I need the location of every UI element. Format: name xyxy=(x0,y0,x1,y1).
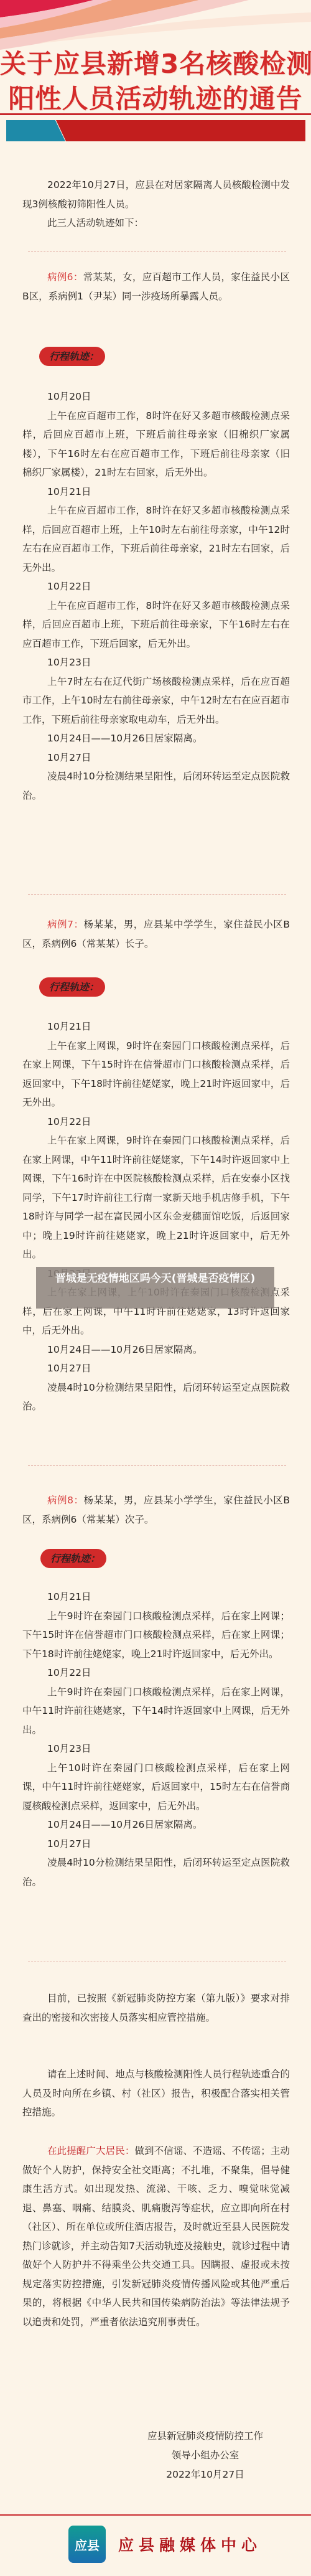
case-6-description: 病例6：常某某，女，应百超市工作人员，家住益民小区B区，系病例1（尹某）同一涉疫… xyxy=(22,268,290,306)
timeline-date: 10月21日 xyxy=(22,1587,290,1607)
timeline-date: 10月24日——10月26日居家隔离。 xyxy=(22,729,290,748)
intro-lead: 此三人活动轨迹如下： xyxy=(22,214,290,233)
header: 关于应县新增3名核酸检测 阳性人员活动轨迹的通告 xyxy=(0,0,311,118)
divider xyxy=(28,1465,286,1466)
header-banner xyxy=(6,120,305,141)
case-7-track-label: 行程轨迹： xyxy=(39,977,105,997)
timeline-date: 10月21日 xyxy=(22,1017,290,1037)
timeline-date: 10月23日 xyxy=(22,653,290,672)
intro-section: 2022年10月27日，应县在对居家隔离人员核酸检测中发现3例核酸初筛阳性人员。… xyxy=(22,176,290,233)
media-center-name: 应县融媒体中心 xyxy=(118,2533,262,2555)
case-8-timeline: 10月21日 上午9时许在秦园门口核酸检测点采样，后在家上网课；下午15时许在信… xyxy=(22,1587,290,1891)
closing-measures: 目前，已按照《新冠肺炎防控方案（第九版）》要求对排查出的密接和次密接人员落实相应… xyxy=(22,1989,290,2027)
signature-org-line1: 应县新冠肺炎疫情防控工作 xyxy=(124,2427,286,2446)
case-6-section: 病例6：常某某，女，应百超市工作人员，家住益民小区B区，系病例1（尹某）同一涉疫… xyxy=(22,268,290,306)
timeline-date: 10月24日——10月26日居家隔离。 xyxy=(22,1815,290,1835)
case-8-label: 病例8： xyxy=(47,1495,84,1506)
timeline-date: 10月23日 xyxy=(22,1739,290,1759)
case-7-label: 病例7： xyxy=(47,919,84,930)
case-6-track-label: 行程轨迹： xyxy=(39,347,105,366)
timeline-date: 10月20日 xyxy=(22,387,290,407)
closing-reminder: 在此提醒广大居民：做到不信谣、不造谣、不传谣；主动做好个人防护，保持安全社交距离… xyxy=(22,2141,290,2331)
media-center-logo: 应县 xyxy=(68,2526,106,2563)
timeline-date: 10月27日 xyxy=(22,748,290,768)
footer: 应县 应县融媒体中心 xyxy=(68,2526,262,2563)
page-title: 关于应县新增3名核酸检测 阳性人员活动轨迹的通告 xyxy=(0,47,311,116)
footer-rule xyxy=(0,2514,311,2516)
banner-blue-block xyxy=(6,120,65,141)
case-7-timeline: 10月21日 上午在家上网课，9时许在秦园门口核酸检测点采样，后在家上网课，下午… xyxy=(22,1017,290,1416)
timeline-text: 上午10时许在秦园门口核酸检测点采样，后在家上网课，中午11时许前往姥姥家，后返… xyxy=(22,1759,290,1816)
notice-page: 关于应县新增3名核酸检测 阳性人员活动轨迹的通告 2022年10月27日，应县在… xyxy=(0,0,311,2576)
timeline-text: 凌晨4时10分检测结果呈阳性，后闭环转运至定点医院救治。 xyxy=(22,1378,290,1416)
timeline-text: 上午7时左右在辽代街广场核酸检测点采样，后在应百超市工作，上午10时左右前往母亲… xyxy=(22,672,290,730)
case-7-description: 病例7：杨某某，男，应县某中学学生，家住益民小区B区，系病例6（常某某）长子。 xyxy=(22,915,290,953)
timeline-date: 10月27日 xyxy=(22,1835,290,1854)
report-paragraph: 请在上述时间、地点与核酸检测阳性人员行程轨迹重合的人员及时向所在乡镇、村（社区）… xyxy=(22,2065,290,2122)
timeline-text: 上午在家上网课，9时许在秦园门口核酸检测点采样，后在家上网课，下午15时许在信誉… xyxy=(22,1037,290,1112)
timeline-date: 10月24日——10月26日居家隔离。 xyxy=(22,1340,290,1360)
timeline-date: 10月27日 xyxy=(22,1359,290,1378)
timeline-text: 凌晨4时10分检测结果呈阳性，后闭环转运至定点医院救治。 xyxy=(22,767,290,805)
case-6-label: 病例6： xyxy=(47,271,83,283)
overlay-text: 晋城是无疫情地区吗今天(晋城是否疫情区) xyxy=(55,1272,256,1285)
divider xyxy=(28,1962,286,1962)
timeline-text: 上午9时许在秦园门口核酸检测点采样，后在家上网课，中午11时许前往姥姥家，下午1… xyxy=(22,1683,290,1740)
divider xyxy=(28,894,286,895)
signature: 应县新冠肺炎疫情防控工作 领导小组办公室 2022年10月27日 xyxy=(124,2427,286,2484)
case-6-timeline: 10月20日 上午在应百超市工作，8时许在好又多超市核酸检测点采样，后回应百超市… xyxy=(22,387,290,805)
case-8-section: 病例8：杨某某，男，应县某小学学生，家住益民小区B区，系病例6（常某某）次子。 xyxy=(22,1491,290,1529)
timeline-text: 上午在应百超市工作，8时许在好又多超市核酸检测点采样，后回应百超市上班，下班后前… xyxy=(22,596,290,654)
signature-org-line2: 领导小组办公室 xyxy=(124,2446,286,2465)
case-8-description: 病例8：杨某某，男，应县某小学学生，家住益民小区B区，系病例6（常某某）次子。 xyxy=(22,1491,290,1529)
track-badge: 行程轨迹： xyxy=(39,347,105,366)
case-8-track-label: 行程轨迹： xyxy=(40,1549,106,1568)
banner-red-block xyxy=(56,120,305,141)
timeline-text: 上午在应百超市工作，8时许在好又多超市核酸检测点采样，后回应百超市上班，下班后前… xyxy=(22,407,290,482)
timeline-date: 10月22日 xyxy=(22,1112,290,1132)
closing-report: 请在上述时间、地点与核酸检测阳性人员行程轨迹重合的人员及时向所在乡镇、村（社区）… xyxy=(22,2065,290,2122)
case-7-section: 病例7：杨某某，男，应县某中学学生，家住益民小区B区，系病例6（常某某）长子。 xyxy=(22,915,290,953)
related-article-overlay[interactable]: 晋城是无疫情地区吗今天(晋城是否疫情区) xyxy=(36,1267,274,1309)
timeline-text: 上午在应百超市工作，8时许在好又多超市核酸检测点采样，后回应百超市上班，上午10… xyxy=(22,501,290,577)
header-rule xyxy=(0,113,311,115)
signature-date: 2022年10月27日 xyxy=(124,2465,286,2484)
timeline-date: 10月22日 xyxy=(22,1663,290,1683)
divider xyxy=(28,251,286,251)
timeline-text: 凌晨4时10分检测结果呈阳性，后闭环转运至定点医院救治。 xyxy=(22,1853,290,1891)
track-badge: 行程轨迹： xyxy=(39,977,105,997)
timeline-date: 10月21日 xyxy=(22,482,290,502)
reminder-label: 在此提醒广大居民： xyxy=(47,2145,134,2156)
reminder-paragraph: 在此提醒广大居民：做到不信谣、不造谣、不传谣；主动做好个人防护，保持安全社交距离… xyxy=(22,2141,290,2331)
intro-paragraph: 2022年10月27日，应县在对居家隔离人员核酸检测中发现3例核酸初筛阳性人员。 xyxy=(22,176,290,214)
track-badge: 行程轨迹： xyxy=(40,1549,106,1568)
timeline-text: 上午在家上网课，9时许在秦园门口核酸检测点采样，后在家上网课，中午11时许前往姥… xyxy=(22,1131,290,1264)
timeline-text: 上午9时许在秦园门口核酸检测点采样，后在家上网课；下午15时许在信誉超市门口核酸… xyxy=(22,1607,290,1664)
timeline-date: 10月22日 xyxy=(22,577,290,596)
measures-paragraph: 目前，已按照《新冠肺炎防控方案（第九版）》要求对排查出的密接和次密接人员落实相应… xyxy=(22,1989,290,2027)
